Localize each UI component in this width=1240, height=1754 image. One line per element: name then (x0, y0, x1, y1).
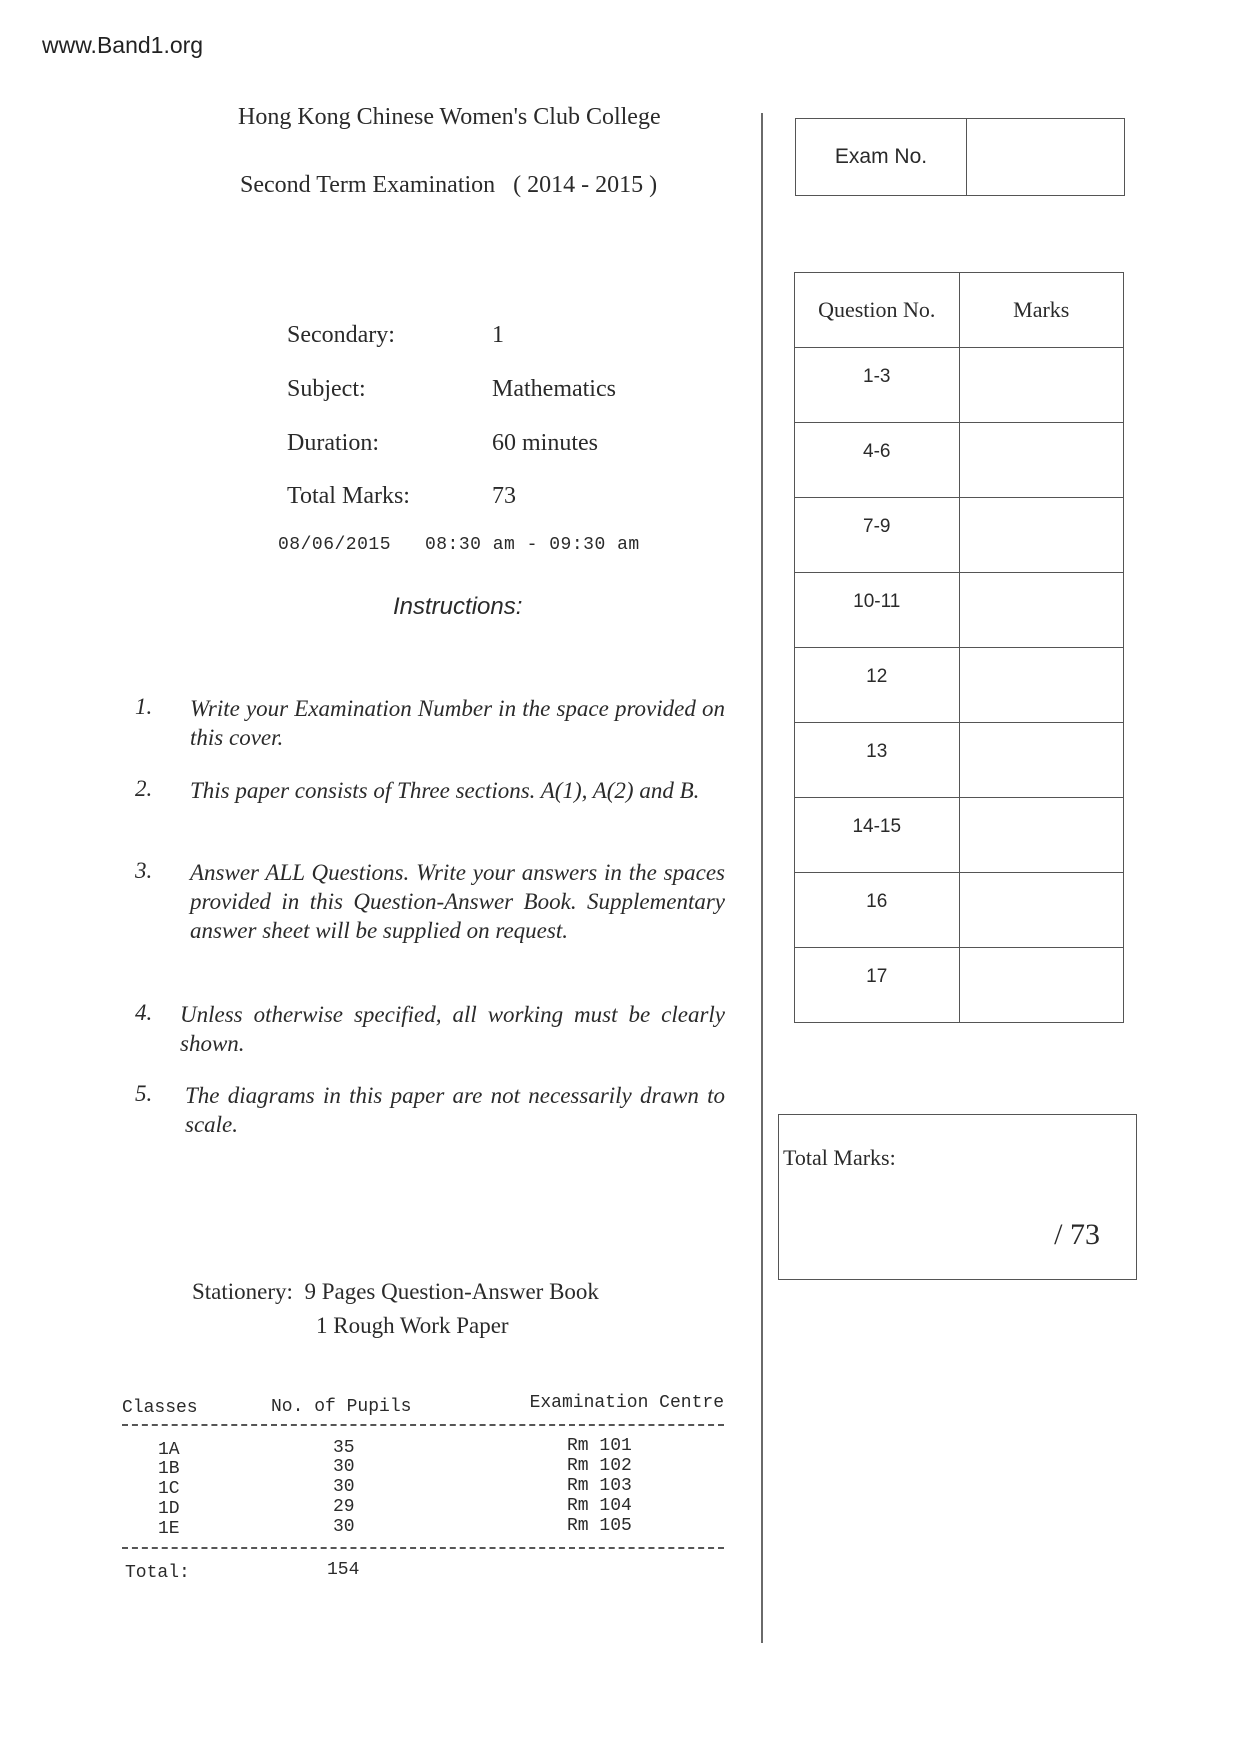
question-number-cell: 17 (795, 948, 960, 1023)
class-centre: Rm 103 (567, 1476, 632, 1496)
marks-cell[interactable] (959, 498, 1124, 573)
info-label-total-marks: Total Marks: (287, 483, 410, 510)
class-total-label: Total: (125, 1563, 190, 1583)
header-question-no: Question No. (795, 273, 960, 348)
total-marks-label: Total Marks: (783, 1145, 896, 1171)
instruction-number: 1. (135, 694, 152, 720)
exam-term: Second Term Examination (240, 172, 495, 198)
table-separator (122, 1547, 724, 1549)
question-number: 17 (866, 966, 887, 987)
question-number: 7-9 (863, 516, 890, 537)
info-value-duration: 60 minutes (492, 430, 598, 457)
marks-cell[interactable] (959, 873, 1124, 948)
instruction-item: This paper consists of Three sections. A… (190, 776, 725, 805)
instruction-text: Unless otherwise specified, all working … (180, 1002, 725, 1056)
total-marks-max: / 73 (1054, 1218, 1100, 1252)
instruction-item: Unless otherwise specified, all working … (180, 1000, 725, 1058)
stationery-item-1: 9 Pages Question-Answer Book (304, 1279, 599, 1304)
marks-cell[interactable] (959, 948, 1124, 1023)
class-pupils: 30 (333, 1457, 355, 1477)
class-name: 1D (158, 1499, 180, 1519)
class-pupils: 30 (333, 1517, 355, 1537)
header-marks: Marks (959, 273, 1124, 348)
exam-schedule: 08/06/2015 08:30 am - 09:30 am (278, 535, 640, 555)
exam-number-label: Exam No. (796, 119, 967, 195)
class-name: 1A (158, 1440, 180, 1460)
marks-cell[interactable] (959, 648, 1124, 723)
info-value-subject: Mathematics (492, 376, 616, 403)
exam-date: 08/06/2015 (278, 535, 391, 555)
question-number: 14-15 (852, 816, 901, 837)
info-value-secondary: 1 (492, 322, 504, 349)
class-pupils: 30 (333, 1477, 355, 1497)
info-label-duration: Duration: (287, 430, 379, 457)
watermark-url: www.Band1.org (42, 32, 203, 59)
marks-cell[interactable] (959, 573, 1124, 648)
instruction-item: Write your Examination Number in the spa… (190, 694, 725, 752)
stationery-label: Stationery: (192, 1279, 293, 1304)
marks-row: 16 (795, 873, 1124, 948)
class-centre: Rm 102 (567, 1456, 632, 1476)
marks-row: 1-3 (795, 348, 1124, 423)
question-number-cell: 16 (795, 873, 960, 948)
question-number-cell: 12 (795, 648, 960, 723)
class-name: 1E (158, 1519, 180, 1539)
exam-year: ( 2014 - 2015 ) (513, 172, 657, 198)
instruction-number: 5. (135, 1081, 152, 1107)
question-number-cell: 1-3 (795, 348, 960, 423)
marks-row: 7-9 (795, 498, 1124, 573)
marks-cell[interactable] (959, 798, 1124, 873)
class-centre: Rm 104 (567, 1496, 632, 1516)
exam-title: Second Term Examination ( 2014 - 2015 ) (240, 172, 657, 199)
info-label-subject: Subject: (287, 376, 366, 403)
class-centre: Rm 101 (567, 1436, 632, 1456)
stationery-line-1: Stationery: 9 Pages Question-Answer Book (192, 1279, 599, 1305)
question-number: 4-6 (863, 441, 890, 462)
question-number: 16 (866, 891, 887, 912)
marks-cell[interactable] (959, 348, 1124, 423)
info-label-secondary: Secondary: (287, 322, 395, 349)
class-header-pupils: No. of Pupils (271, 1397, 411, 1417)
table-separator (122, 1424, 724, 1426)
question-number: 12 (866, 666, 887, 687)
instructions-title: Instructions: (393, 593, 522, 621)
instruction-number: 3. (135, 858, 152, 884)
marks-row: 13 (795, 723, 1124, 798)
info-value-total-marks: 73 (492, 483, 516, 510)
instruction-number: 4. (135, 1000, 152, 1026)
class-header-classes: Classes (122, 1398, 198, 1418)
marks-cell[interactable] (959, 723, 1124, 798)
school-name: Hong Kong Chinese Women's Club College (238, 104, 661, 131)
marks-table-header: Question No. Marks (795, 273, 1124, 348)
exam-number-box: Exam No. (795, 118, 1125, 196)
marks-row: 12 (795, 648, 1124, 723)
question-number-cell: 10-11 (795, 573, 960, 648)
marks-row: 4-6 (795, 423, 1124, 498)
class-pupils: 29 (333, 1497, 355, 1517)
class-name: 1C (158, 1479, 180, 1499)
instruction-item: Answer ALL Questions. Write your answers… (190, 858, 725, 945)
question-number: 1-3 (863, 366, 890, 387)
question-number: 10-11 (853, 591, 900, 612)
page-divider (761, 113, 763, 1643)
class-pupils: 35 (333, 1438, 355, 1458)
marks-row: 17 (795, 948, 1124, 1023)
marks-row: 14-15 (795, 798, 1124, 873)
question-number: 13 (866, 741, 887, 762)
marks-table: Question No. Marks 1-34-67-910-11121314-… (794, 272, 1124, 1023)
marks-cell[interactable] (959, 423, 1124, 498)
marks-row: 10-11 (795, 573, 1124, 648)
total-marks-box: Total Marks: / 73 (778, 1114, 1137, 1280)
instruction-item: The diagrams in this paper are not neces… (185, 1081, 725, 1139)
exam-time-range: 08:30 am - 09:30 am (425, 535, 640, 555)
question-number-cell: 13 (795, 723, 960, 798)
question-number-cell: 7-9 (795, 498, 960, 573)
instruction-number: 2. (135, 776, 152, 802)
class-name: 1B (158, 1459, 180, 1479)
question-number-cell: 14-15 (795, 798, 960, 873)
question-number-cell: 4-6 (795, 423, 960, 498)
stationery-item-2: 1 Rough Work Paper (316, 1313, 509, 1339)
class-centre: Rm 105 (567, 1516, 632, 1536)
exam-number-field[interactable] (967, 119, 1124, 195)
total-marks-field[interactable] (789, 1185, 1009, 1255)
class-header-centre: Examination Centre (432, 1393, 724, 1413)
class-total-value: 154 (327, 1560, 359, 1580)
